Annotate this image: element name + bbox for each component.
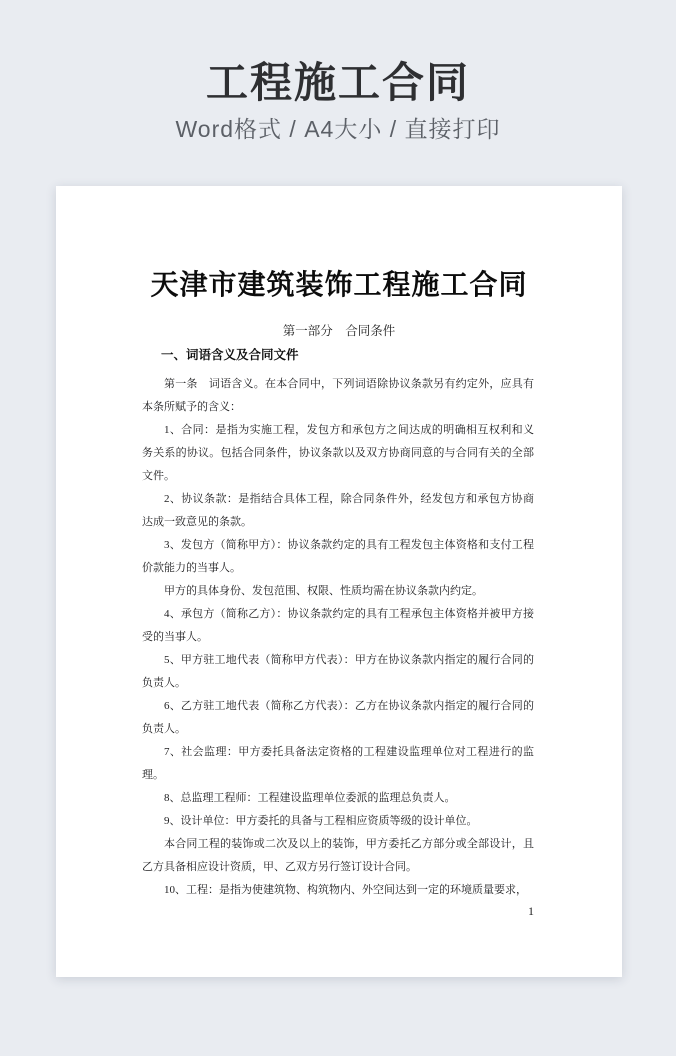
contract-line: 2、协议条款：是指结合具体工程，除合同条件外，经发包方和承包方协商 xyxy=(142,488,534,511)
contract-line: 10、工程：是指为使建筑物、构筑物内、外空间达到一定的环境质量要求， xyxy=(142,879,534,902)
page-background: 工程施工合同 Word格式 / A4大小 / 直接打印 天津市建筑装饰工程施工合… xyxy=(0,0,676,1056)
document-preview-sheet: 天津市建筑装饰工程施工合同 第一部分 合同条件 一、词语含义及合同文件 第一条 … xyxy=(56,186,622,977)
contract-line: 8、总监理工程师：工程建设监理单位委派的监理总负责人。 xyxy=(142,787,534,810)
contract-line: 文件。 xyxy=(142,465,534,488)
contract-line: 1、合同：是指为实施工程，发包方和承包方之间达成的明确相互权利和义 xyxy=(142,419,534,442)
contract-line: 7、社会监理：甲方委托具备法定资格的工程建设监理单位对工程进行的监 xyxy=(142,741,534,764)
promo-banner: 工程施工合同 Word格式 / A4大小 / 直接打印 xyxy=(0,0,676,186)
contract-line: 本条所赋予的含义： xyxy=(142,396,534,419)
contract-line: 本合同工程的装饰或二次及以上的装饰，甲方委托乙方部分或全部设计，且 xyxy=(142,833,534,856)
contract-line: 第一条 词语含义。在本合同中，下列词语除协议条款另有约定外，应具有 xyxy=(142,373,534,396)
contract-title: 天津市建筑装饰工程施工合同 xyxy=(56,270,622,302)
contract-line: 理。 xyxy=(142,764,534,787)
contract-line: 甲方的具体身份、发包范围、权限、性质均需在协议条款内约定。 xyxy=(142,580,534,603)
contract-line: 5、甲方驻工地代表（简称甲方代表）：甲方在协议条款内指定的履行合同的 xyxy=(142,649,534,672)
contract-line: 务关系的协议。包括合同条件，协议条款以及双方协商同意的与合同有关的全部 xyxy=(142,442,534,465)
contract-line: 4、承包方（简称乙方）：协议条款约定的具有工程承包主体资格并被甲方接 xyxy=(142,603,534,626)
contract-line: 价款能力的当事人。 xyxy=(142,557,534,580)
contract-line: 受的当事人。 xyxy=(142,626,534,649)
section-heading: 一、词语含义及合同文件 xyxy=(142,347,534,363)
contract-line: 负责人。 xyxy=(142,672,534,695)
contract-line: 达成一致意见的条款。 xyxy=(142,511,534,534)
contract-line: 6、乙方驻工地代表（简称乙方代表）：乙方在协议条款内指定的履行合同的 xyxy=(142,695,534,718)
banner-subtitle: Word格式 / A4大小 / 直接打印 xyxy=(0,116,676,142)
part-heading: 第一部分 合同条件 xyxy=(56,323,622,339)
contract-line: 负责人。 xyxy=(142,718,534,741)
page-number: 1 xyxy=(142,904,534,919)
document-body: 第一条 词语含义。在本合同中，下列词语除协议条款另有约定外，应具有本条所赋予的含… xyxy=(142,373,534,902)
contract-line: 乙方具备相应设计资质，甲、乙双方另行签订设计合同。 xyxy=(142,856,534,879)
contract-line: 3、发包方（简称甲方）：协议条款约定的具有工程发包主体资格和支付工程 xyxy=(142,534,534,557)
contract-line: 9、设计单位：甲方委托的具备与工程相应资质等级的设计单位。 xyxy=(142,810,534,833)
banner-title: 工程施工合同 xyxy=(0,60,676,106)
